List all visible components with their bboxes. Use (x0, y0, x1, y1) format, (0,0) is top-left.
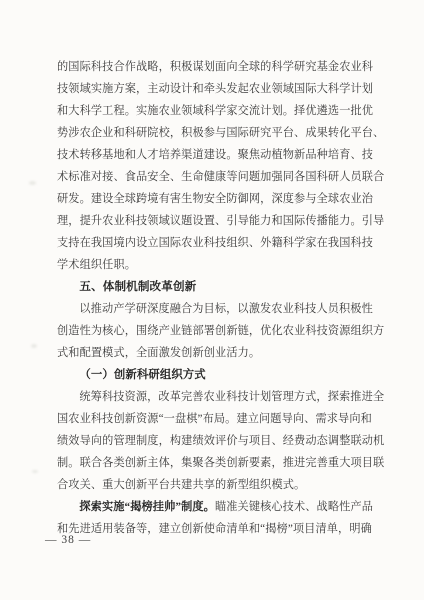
body-line: 理，提升农业科技领域议题设置、引导能力和国际传播能力。引导 (57, 210, 377, 232)
body-line: 和先进适用装备等，建立创新使命清单和“揭榜”项目清单，明确 (57, 518, 377, 540)
document-page: 的国际科技合作战略，积极谋划面向全球的科学研究基金农业科 技领域实施方案，主动设… (0, 0, 424, 600)
scan-artifact (29, 181, 36, 185)
page-number: — 38 — (45, 534, 91, 546)
subsection-heading: （一）创新科研组织方式 (57, 364, 377, 386)
body-line: 统筹科技资源，改革完善农业科技计划管理方式，探索推进全 (57, 386, 377, 408)
body-line: 探索实施“揭榜挂帅”制度。瞄准关键核心技术、战略性产品 (57, 496, 377, 518)
body-line: 和大科学工程。实施农业领域科学家交流计划。择优遴选一批优 (57, 100, 377, 122)
scan-artifact (32, 470, 38, 473)
body-line: 式和配置模式，全面激发创新创业活力。 (57, 342, 377, 364)
body-line: 创造性为核心，围绕产业链部署创新链，优化农业科技资源组织方 (57, 320, 377, 342)
section-heading: 五、体制机制改革创新 (57, 276, 377, 298)
scan-artifact (31, 344, 37, 348)
body-line: 国农业科技创新资源“一盘棋”布局。建立问题导向、需求导向和 (57, 408, 377, 430)
bold-lead-text: 探索实施“揭榜挂帅”制度。 (79, 501, 215, 513)
body-line: 技领域实施方案，主动设计和牵头发起农业领域国际大科学计划 (57, 78, 377, 100)
body-line: 绩效导向的管理制度，构建绩效评价与项目、经费动态调整联动机 (57, 430, 377, 452)
body-line: 势涉农企业和科研院校，积极参与国际研究平台、成果转化平台、 (57, 122, 377, 144)
body-text: 瞄准关键核心技术、战略性产品 (215, 501, 373, 513)
body-line: 以推动产学研深度融合为目标，以激发农业科技人员积极性 (57, 298, 377, 320)
body-line: 合攻关、重大创新平台共建共享的新型组织模式。 (57, 474, 377, 496)
body-line: 支持在我国境内设立国际农业科技组织、外籍科学家在我国科技 (57, 232, 377, 254)
body-line: 术标准对接、食品安全、生命健康等问题加强同各国科研人员联合 (57, 166, 377, 188)
body-line: 制。联合各类创新主体，集聚各类创新要素，推进完善重大项目联 (57, 452, 377, 474)
body-line: 的国际科技合作战略，积极谋划面向全球的科学研究基金农业科 (57, 56, 377, 78)
document-body: 的国际科技合作战略，积极谋划面向全球的科学研究基金农业科 技领域实施方案，主动设… (57, 56, 377, 540)
body-line: 学术组织任职。 (57, 254, 377, 276)
body-line: 研发。建设全球跨境有害生物安全防御网，深度参与全球农业治 (57, 188, 377, 210)
body-line: 技术转移基地和人才培养渠道建设。聚焦动植物新品种培育、技 (57, 144, 377, 166)
